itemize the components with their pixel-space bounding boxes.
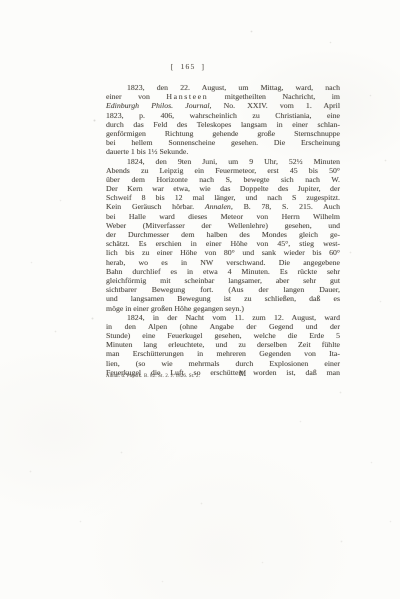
text-segment: herab, wo es in NW verschwand. Die angeg… xyxy=(106,258,340,267)
text-line: bei hellem Sonnenscheine gesehen. Die Er… xyxy=(106,138,340,147)
text-line: Weber (Mitverfasser der Wellenlehre) ges… xyxy=(106,221,340,230)
text-segment: bei hellem Sonnenscheine gesehen. Die Er… xyxy=(106,138,340,147)
text-line: lich bis zu einer Höhe von 80° und sank … xyxy=(106,248,340,257)
text-line: man Erschütterungen in mehreren Gegenden… xyxy=(106,349,340,358)
text-line: Kein Geräusch hörbar. Annalen, B. 78, S.… xyxy=(106,202,340,211)
text-segment: B. 78, S. 215. Auch xyxy=(233,202,340,211)
text-segment: Edinburgh Philos. Journal, xyxy=(106,101,211,110)
text-line: Der Kern war etwa, wie das Doppelte des … xyxy=(106,184,340,193)
text-segment: einer von xyxy=(106,92,166,101)
text-line: Stunde) eine Feuerkugel gesehen, welche … xyxy=(106,331,340,340)
text-segment: möge in einer großen Höhe gegangen seyn.… xyxy=(106,304,244,313)
text-segment: Annalen, xyxy=(205,202,233,211)
text-segment: No. XXIV. vom 1. April xyxy=(211,101,340,110)
footer-imprint-line: Annal. d. Physik. B. 82. St. 2. J. 1826.… xyxy=(106,374,200,380)
text-segment: durch das Feld des Teleskopes langsam in… xyxy=(106,120,340,129)
text-segment: Hansteen xyxy=(166,92,208,101)
text-line: möge in einer großen Höhe gegangen seyn.… xyxy=(106,304,340,313)
text-line: bei Halle ward dieses Meteor von Herrn W… xyxy=(106,212,340,221)
text-segment: gleichförmig mit scheinbar langsamer, ab… xyxy=(106,276,340,285)
text-segment: Weber (Mitverfasser der Wellenlehre) ges… xyxy=(106,221,340,230)
page-body: 1823, den 22. August, um Mittag, ward, n… xyxy=(106,83,340,377)
text-line: gleichförmig mit scheinbar langsamer, ab… xyxy=(106,276,340,285)
text-line: Edinburgh Philos. Journal, No. XXIV. vom… xyxy=(106,101,340,110)
text-line: 1824, in der Nacht vom 11. zum 12. Augus… xyxy=(106,313,340,322)
page-number-header: [ 165 ] xyxy=(148,62,228,72)
text-segment: genförmigen Richtung gehende große Stern… xyxy=(106,129,340,138)
text-segment: mitgetheilten Nachricht, im xyxy=(208,92,340,101)
text-segment: sichtbarer Bewegung fort. (Aus der lange… xyxy=(106,285,340,294)
text-segment: 1823, p. 406, wahrscheinlich zu Christia… xyxy=(106,111,340,120)
text-segment: bei Halle ward dieses Meteor von Herrn W… xyxy=(106,212,340,221)
text-line: Minuten lang erleuchtete, und zu derselb… xyxy=(106,340,340,349)
scanned-page: [ 165 ] 1823, den 22. August, um Mittag,… xyxy=(0,0,400,599)
text-segment: über dem Horizonte nach S, bewegte sich … xyxy=(106,175,340,184)
text-segment: Abends zu Leipzig ein Feuermeteor, erst … xyxy=(106,166,340,175)
text-segment: man Erschütterungen in mehreren Gegenden… xyxy=(106,349,340,358)
text-line: 1824, den 9ten Juni, um 9 Uhr, 52½ Minut… xyxy=(106,157,340,166)
text-segment: und langsamen Bewegung ist zu schließen,… xyxy=(106,294,340,303)
text-segment: 1824, den 9ten Juni, um 9 Uhr, 52½ Minut… xyxy=(127,157,340,166)
text-segment: lien, (so wie mehrmals durch Explosionen… xyxy=(106,359,340,368)
text-line: einer von Hansteen mitgetheilten Nachric… xyxy=(106,92,340,101)
text-line: lien, (so wie mehrmals durch Explosionen… xyxy=(106,359,340,368)
text-segment: 1824, in der Nacht vom 11. zum 12. Augus… xyxy=(127,313,340,322)
text-line: der Durchmesser dem halben des Mondes gl… xyxy=(106,230,340,239)
text-segment: der Durchmesser dem halben des Mondes gl… xyxy=(106,230,340,239)
text-segment: lich bis zu einer Höhe von 80° und sank … xyxy=(106,248,340,257)
text-line: durch das Feld des Teleskopes langsam in… xyxy=(106,120,340,129)
text-line: Bahn durchlief es in etwa 4 Minuten. Es … xyxy=(106,267,340,276)
text-segment: Der Kern war etwa, wie das Doppelte des … xyxy=(106,184,340,193)
text-segment: in den Alpen (ohne Angabe der Gegend und… xyxy=(106,322,340,331)
text-segment: Minuten lang erleuchtete, und zu derselb… xyxy=(106,340,340,349)
text-segment: Bahn durchlief es in etwa 4 Minuten. Es … xyxy=(106,267,340,276)
text-line: Abends zu Leipzig ein Feuermeteor, erst … xyxy=(106,166,340,175)
text-line: schätzt. Es erschien in einer Höhe von 4… xyxy=(106,239,340,248)
text-line: dauerte 1 bis 1½ Sekunde. xyxy=(106,147,340,156)
text-line: und langsamen Bewegung ist zu schließen,… xyxy=(106,294,340,303)
text-line: herab, wo es in NW verschwand. Die angeg… xyxy=(106,258,340,267)
text-segment: Schweif 8 bis 12 mal länger, und nach S … xyxy=(106,193,340,202)
text-line: in den Alpen (ohne Angabe der Gegend und… xyxy=(106,322,340,331)
text-line: über dem Horizonte nach S, bewegte sich … xyxy=(106,175,340,184)
text-segment: Stunde) eine Feuerkugel gesehen, welche … xyxy=(106,331,340,340)
scan-noise xyxy=(0,0,1,1)
signature-mark: M xyxy=(239,369,246,378)
text-segment: schätzt. Es erschien in einer Höhe von 4… xyxy=(106,239,340,248)
text-segment: 1823, den 22. August, um Mittag, ward, n… xyxy=(127,83,340,92)
text-line: genförmigen Richtung gehende große Stern… xyxy=(106,129,340,138)
text-segment: Kein Geräusch hörbar. xyxy=(106,202,205,211)
text-line: 1823, den 22. August, um Mittag, ward, n… xyxy=(106,83,340,92)
text-line: 1823, p. 406, wahrscheinlich zu Christia… xyxy=(106,111,340,120)
text-line: Schweif 8 bis 12 mal länger, und nach S … xyxy=(106,193,340,202)
text-segment: dauerte 1 bis 1½ Sekunde. xyxy=(106,147,188,156)
text-line: sichtbarer Bewegung fort. (Aus der lange… xyxy=(106,285,340,294)
